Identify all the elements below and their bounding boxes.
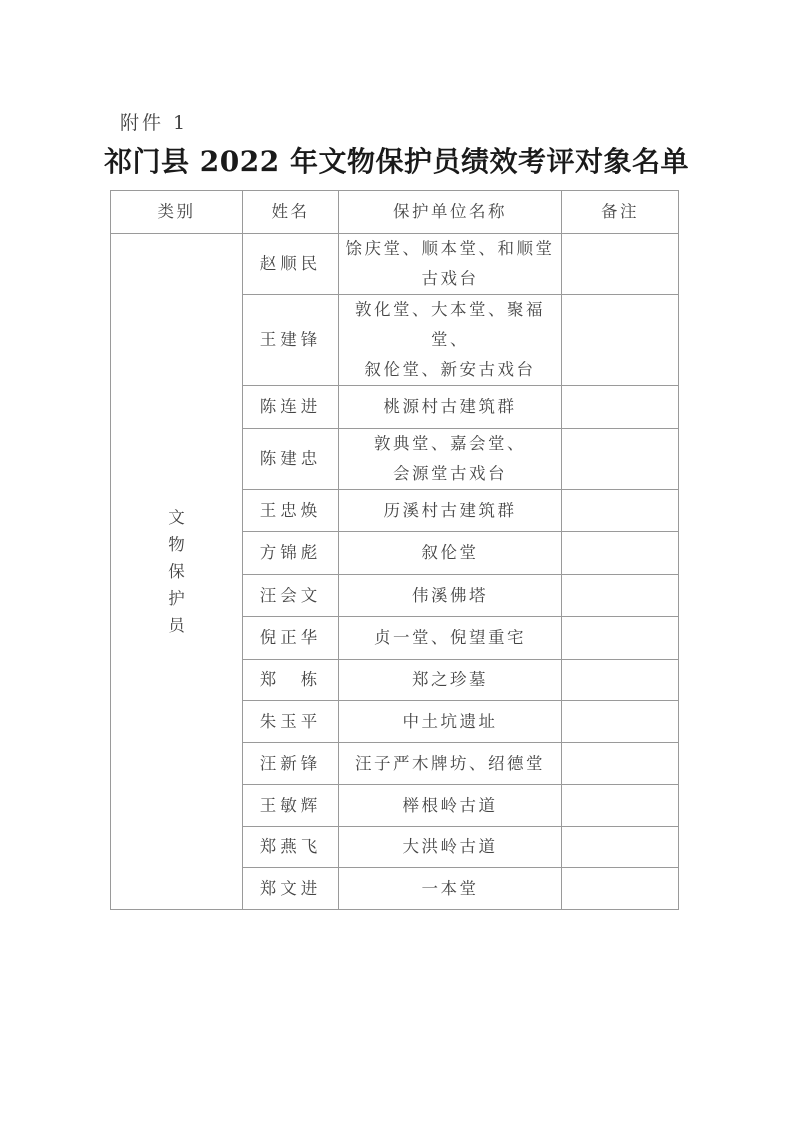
unit-line: 敦典堂、嘉会堂、	[339, 429, 561, 459]
category-cell: 文 物 保 护 员	[111, 234, 243, 910]
unit-cell: 叙伦堂	[339, 532, 562, 575]
unit-cell: 汪子严木牌坊、绍德堂	[339, 743, 562, 785]
note-cell	[562, 785, 679, 827]
name-cell: 郑燕飞	[243, 827, 339, 868]
unit-cell: 中土坑遗址	[339, 701, 562, 743]
unit-cell: 郑之珍墓	[339, 660, 562, 701]
note-cell	[562, 660, 679, 701]
unit-line: 敦化堂、大本堂、聚福堂、	[339, 295, 561, 355]
unit-cell: 敦化堂、大本堂、聚福堂、叙伦堂、新安古戏台	[339, 295, 562, 386]
note-cell	[562, 827, 679, 868]
name-cell: 汪会文	[243, 575, 339, 617]
note-cell	[562, 429, 679, 490]
name-cell: 郑文进	[243, 868, 339, 910]
category-char: 护	[111, 585, 242, 612]
note-cell	[562, 743, 679, 785]
unit-cell: 榉根岭古道	[339, 785, 562, 827]
note-cell	[562, 868, 679, 910]
unit-line: 馀庆堂、顺本堂、和顺堂	[339, 234, 561, 264]
note-cell	[562, 617, 679, 660]
name-cell: 方锦彪	[243, 532, 339, 575]
name-cell: 朱玉平	[243, 701, 339, 743]
name-cell: 郑 栋	[243, 660, 339, 701]
unit-cell: 一本堂	[339, 868, 562, 910]
note-cell	[562, 386, 679, 429]
document-title: 祁门县 2022 年文物保护员绩效考评对象名单	[0, 140, 793, 180]
name-cell: 陈连进	[243, 386, 339, 429]
attachment-label: 附件 1	[120, 108, 188, 135]
unit-cell: 大洪岭古道	[339, 827, 562, 868]
name-cell: 陈建忠	[243, 429, 339, 490]
table-row: 文 物 保 护 员 赵顺民 馀庆堂、顺本堂、和顺堂古戏台	[111, 234, 679, 295]
name-cell: 汪新锋	[243, 743, 339, 785]
unit-cell: 桃源村古建筑群	[339, 386, 562, 429]
unit-cell: 历溪村古建筑群	[339, 490, 562, 532]
unit-cell: 敦典堂、嘉会堂、会源堂古戏台	[339, 429, 562, 490]
note-cell	[562, 575, 679, 617]
name-cell: 王建锋	[243, 295, 339, 386]
header-name: 姓名	[243, 191, 339, 234]
note-cell	[562, 532, 679, 575]
unit-cell: 伟溪佛塔	[339, 575, 562, 617]
unit-line: 会源堂古戏台	[339, 459, 561, 489]
category-char: 文	[111, 504, 242, 531]
note-cell	[562, 490, 679, 532]
note-cell	[562, 295, 679, 386]
note-cell	[562, 234, 679, 295]
header-unit: 保护单位名称	[339, 191, 562, 234]
header-category: 类别	[111, 191, 243, 234]
evaluation-table: 类别 姓名 保护单位名称 备注 文 物 保 护 员 赵顺民 馀庆堂、顺本堂、和顺…	[110, 190, 679, 910]
unit-cell: 馀庆堂、顺本堂、和顺堂古戏台	[339, 234, 562, 295]
header-note: 备注	[562, 191, 679, 234]
name-cell: 倪正华	[243, 617, 339, 660]
unit-cell: 贞一堂、倪望重宅	[339, 617, 562, 660]
name-cell: 赵顺民	[243, 234, 339, 295]
note-cell	[562, 701, 679, 743]
category-char: 保	[111, 558, 242, 585]
table-header-row: 类别 姓名 保护单位名称 备注	[111, 191, 679, 234]
category-char: 员	[111, 612, 242, 639]
name-cell: 王忠焕	[243, 490, 339, 532]
unit-line: 古戏台	[339, 264, 561, 294]
name-cell: 王敏辉	[243, 785, 339, 827]
unit-line: 叙伦堂、新安古戏台	[339, 355, 561, 385]
category-char: 物	[111, 531, 242, 558]
